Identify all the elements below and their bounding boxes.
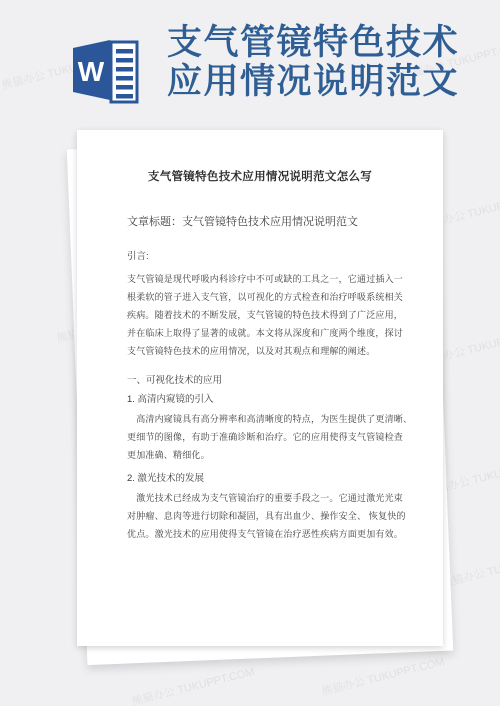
- document-page: 支气管镜特色技术应用情况说明范文怎么写 文章标题：支气管镜特色技术应用情况说明范…: [77, 130, 443, 646]
- text-line: 疾病。随着技术的不断发展，支气管镜的特色技术得到了广泛应用，: [127, 306, 413, 324]
- intro-paragraph: 支气管镜是现代呼吸内科诊疗中不可或缺的工具之一，它通过插入一 根柔软的管子进入支…: [127, 270, 413, 360]
- word-icon-letter: W: [78, 56, 105, 87]
- watermark: 熊猫办公 TUKUPPT.COM: [130, 663, 256, 706]
- page-title-line-2: 应用情况说明范文: [167, 62, 459, 101]
- section-1-heading: 一、可视化技术的应用: [127, 374, 443, 388]
- text-line: 高清内窥镜具有高分辨率和高清晰度的特点，为医生提供了更清晰、: [127, 410, 413, 428]
- text-line: 更加准确、精细化。: [127, 446, 413, 464]
- text-line: 更细节的图像，有助于准确诊断和治疗。它的应用使得支气管镜检查: [127, 428, 413, 446]
- watermark: 熊猫办公 TUKUPPT.COM: [320, 653, 446, 699]
- intro-label: 引言:: [127, 250, 443, 263]
- subsection-2-heading: 2. 激光技术的发展: [127, 472, 443, 486]
- document-preview: 支气管镜特色技术应用情况说明范文怎么写 文章标题：支气管镜特色技术应用情况说明范…: [77, 130, 443, 646]
- text-line: 对肿瘤、息肉等进行切除和凝固，具有出血少、操作安全、 恢复快的: [127, 507, 413, 525]
- document-title: 支气管镜特色技术应用情况说明范文怎么写: [97, 170, 423, 185]
- page-title: 支气管镜特色技术 应用情况说明范文: [167, 23, 459, 101]
- subsection-2-paragraph: 激光技术已经成为支气管镜治疗的重要手段之一。它通过激光光束 对肿瘤、息肉等进行切…: [127, 489, 413, 543]
- subsection-1-paragraph: 高清内窥镜具有高分辨率和高清晰度的特点，为医生提供了更清晰、 更细节的图像，有助…: [127, 410, 413, 464]
- text-line: 并在临床上取得了显著的成就。本文将从深度和广度两个维度，探讨: [127, 324, 413, 342]
- text-line: 支气管镜是现代呼吸内科诊疗中不可或缺的工具之一，它通过插入一: [127, 270, 413, 288]
- text-line: 优点。激光技术的应用使得支气管镜在治疗恶性疾病方面更加有效。: [127, 525, 413, 543]
- subsection-1-heading: 1. 高清内窥镜的引入: [127, 393, 443, 407]
- word-icon: W: [58, 31, 152, 109]
- screenshot-canvas: { "header": { "icon_letter": "W", "title…: [0, 0, 500, 706]
- document-meta-line: 文章标题：支气管镜特色技术应用情况说明范文: [127, 216, 443, 229]
- page-title-line-1: 支气管镜特色技术: [167, 23, 459, 62]
- text-line: 支气管镜特色技术的应用情况，以及对其观点和理解的阐述。: [127, 342, 413, 360]
- header: W 支气管镜特色技术 应用情况说明范文: [0, 0, 500, 118]
- text-line: 激光技术已经成为支气管镜治疗的重要手段之一。它通过激光光束: [127, 489, 413, 507]
- text-line: 根柔软的管子进入支气管，以可视化的方式检查和治疗呼吸系统相关: [127, 288, 413, 306]
